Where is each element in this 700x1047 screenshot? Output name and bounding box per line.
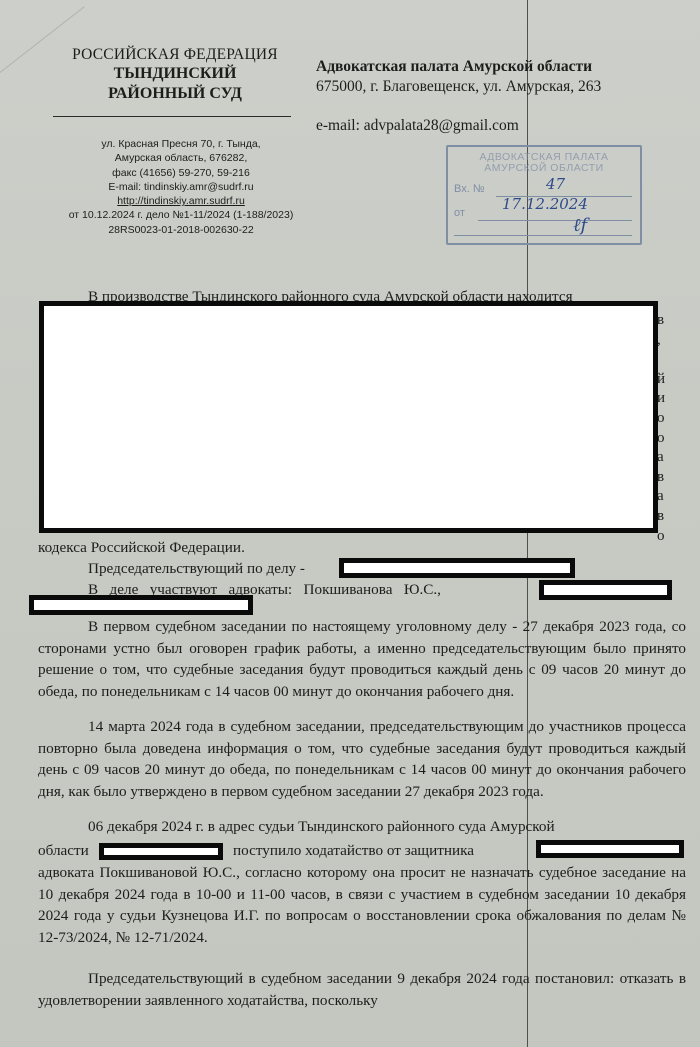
court-email: E-mail: tindinskiy.amr@sudrf.ru [50, 180, 312, 194]
court-case-id: 28RS0023-01-2018-002630-22 [50, 223, 312, 237]
redaction-box-advocate-1 [539, 580, 672, 600]
paragraph-4-rest: адвоката Покшивановой Ю.С., согласно кот… [38, 862, 686, 948]
recipient-organization: Адвокатская палата Амурской области [316, 57, 601, 77]
recipient-block: Адвокатская палата Амурской области 6750… [316, 57, 601, 136]
redaction-box-main [39, 301, 658, 533]
stamp-date-label: от [454, 207, 465, 219]
redaction-box-defendant [536, 840, 684, 858]
court-address-line1: ул. Красная Пресня 70, г. Тында, [50, 137, 312, 151]
court-reference: от 10.12.2024 г. дело №1-11/2024 (1-188/… [50, 208, 312, 222]
paragraph-4-line1: 06 декабря 2024 г. в адрес судьи Тындинс… [38, 816, 686, 838]
redaction-box-judge-name [99, 843, 223, 860]
redaction-box-advocate-2 [29, 595, 253, 615]
court-name-line1: ТЫНДИНСКИЙ [55, 64, 295, 84]
redaction-box-judge [339, 558, 575, 578]
paragraph-3: 14 марта 2024 года в судебном заседании,… [38, 716, 686, 802]
recipient-address: 675000, г. Благовещенск, ул. Амурская, 2… [316, 77, 601, 97]
paragraph-2: В первом судебном заседании по настоящем… [38, 616, 686, 702]
paragraph-5: Председательствующий в судебном заседани… [38, 968, 686, 1011]
court-fax: факс (41656) 59-270, 59-216 [50, 166, 312, 180]
stamp-incoming-number: 47 [546, 175, 565, 193]
court-website-link[interactable]: http://tindinskiy.amr.sudrf.ru [50, 194, 312, 208]
incoming-stamp: АДВОКАТСКАЯ ПАЛАТА АМУРСКОЙ ОБЛАСТИ Вх. … [446, 145, 642, 245]
paragraph-4-received: поступило ходатайство от защитника [233, 840, 513, 862]
court-header: РОССИЙСКАЯ ФЕДЕРАЦИЯ ТЫНДИНСКИЙ РАЙОННЫЙ… [55, 46, 295, 104]
stamp-title-line2: АМУРСКОЙ ОБЛАСТИ [448, 163, 640, 174]
stamp-signature: ℓf [573, 215, 587, 236]
stamp-date-row: от 17.12.2024 [454, 207, 632, 223]
court-country: РОССИЙСКАЯ ФЕДЕРАЦИЯ [55, 46, 295, 64]
court-address-line2: Амурская область, 676282, [50, 151, 312, 165]
paragraph-1-edge-letters: в , й и о о а в а в о [657, 311, 671, 546]
paragraph-4-region: области [38, 840, 98, 862]
document-page: РОССИЙСКАЯ ФЕДЕРАЦИЯ ТЫНДИНСКИЙ РАЙОННЫЙ… [0, 0, 700, 1047]
stamp-date-value: 17.12.2024 [502, 195, 588, 213]
stamp-incoming-label: Вх. № [454, 183, 485, 195]
court-contacts: ул. Красная Пресня 70, г. Тында, Амурска… [50, 137, 312, 237]
court-name-line2: РАЙОННЫЙ СУД [55, 84, 295, 104]
paragraph-1-end: кодекса Российской Федерации. [38, 537, 686, 559]
header-divider [53, 116, 291, 117]
recipient-email: e-mail: advpalata28@gmail.com [316, 116, 601, 136]
